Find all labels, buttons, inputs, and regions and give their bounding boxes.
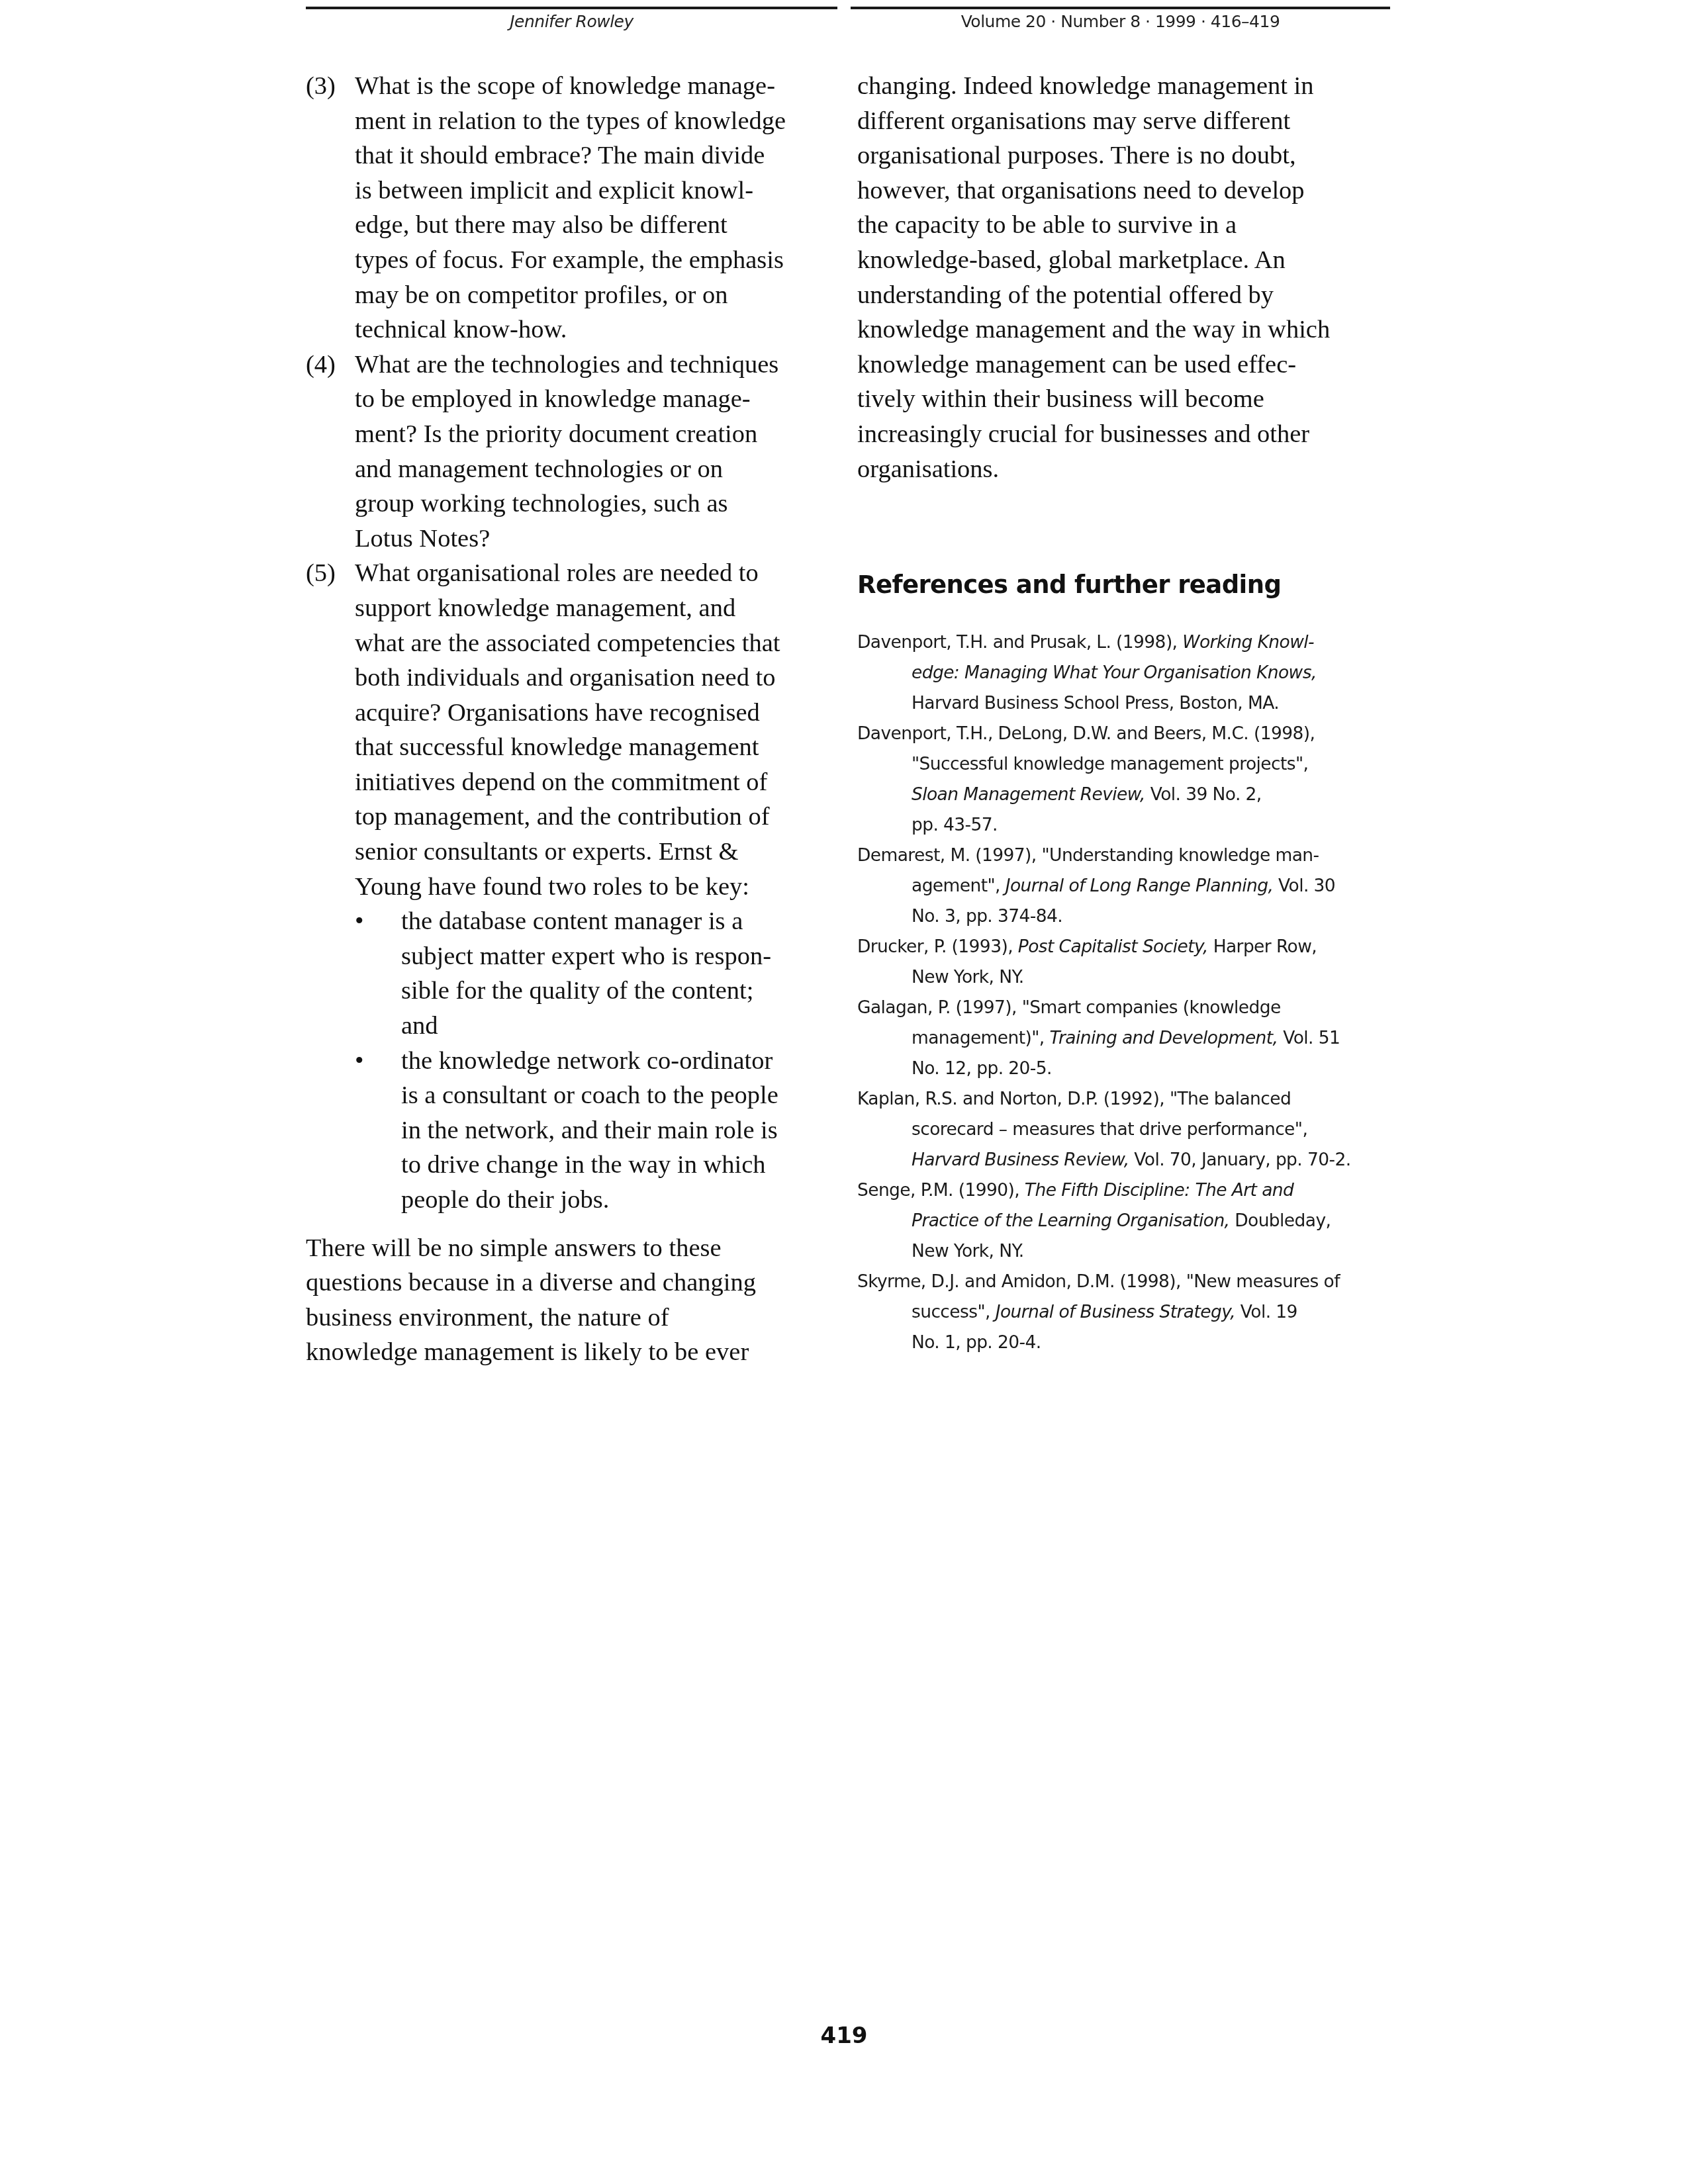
text-line: acquire? Organisations have recognised [355,696,842,731]
text-line: understanding of the potential offered b… [857,278,1400,313]
reference-text: No. 12, pp. 20-5. [912,1058,1052,1079]
reference-text: Harper Row, [1208,936,1317,957]
reference-line: edge: Managing What Your Organisation Kn… [857,658,1407,688]
text-line: There will be no simple answers to these [306,1231,842,1266]
bullet-text: the knowledge network co-ordinatoris a c… [401,1044,842,1218]
text-line: increasingly crucial for businesses and … [857,417,1400,452]
text-line: and management technologies or on [355,452,842,487]
text-line: that it should embrace? The main divide [355,138,842,173]
reference-line: Harvard Business Review, Vol. 70, Januar… [857,1145,1407,1175]
list-item-text: What organisational roles are needed tos… [355,556,842,904]
reference-text: Vol. 30 [1273,876,1335,896]
reference-text: Skyrme, D.J. and Amidon, D.M. (1998), "N… [857,1271,1340,1292]
text-line: organisations. [857,452,1400,487]
numbered-list-item: (3)What is the scope of knowledge manage… [306,69,842,347]
text-line: knowledge management and the way in whic… [857,312,1400,347]
reference-text: Doubleday, [1229,1210,1331,1231]
reference-line: Galagan, P. (1997), "Smart companies (kn… [857,993,1407,1023]
reference-text: Drucker, P. (1993), [857,936,1018,957]
text-line: what are the associated competencies tha… [355,626,842,661]
closing-paragraph: There will be no simple answers to these… [306,1231,842,1370]
reference-entry: Davenport, T.H. and Prusak, L. (1998), W… [857,627,1407,719]
text-line: organisational purposes. There is no dou… [857,138,1400,173]
left-header-rule [306,7,837,9]
reference-title-italic: Training and Development, [1050,1028,1278,1048]
reference-title-italic: Sloan Management Review, [912,784,1145,805]
text-line: may be on competitor profiles, or on [355,278,842,313]
text-line: group working technologies, such as [355,486,842,522]
reference-line: Practice of the Learning Organisation, D… [857,1206,1407,1236]
reference-text: Kaplan, R.S. and Norton, D.P. (1992), "T… [857,1089,1291,1109]
text-line: in the network, and their main role is [401,1113,842,1148]
references-list: Davenport, T.H. and Prusak, L. (1998), W… [857,627,1407,1358]
text-line: What are the technologies and techniques [355,347,842,383]
reference-line: Kaplan, R.S. and Norton, D.P. (1992), "T… [857,1084,1407,1115]
reference-text: management)", [912,1028,1050,1048]
list-item-number: (5) [306,556,336,591]
reference-text: Vol. 51 [1278,1028,1340,1048]
text-line: is between implicit and explicit knowl- [355,173,842,208]
text-line: and [401,1009,842,1044]
reference-line: New York, NY. [857,962,1407,993]
text-line: What organisational roles are needed to [355,556,842,591]
text-line: types of focus. For example, the emphasi… [355,243,842,278]
text-line: ment? Is the priority document creation [355,417,842,452]
reference-entry: Galagan, P. (1997), "Smart companies (kn… [857,993,1407,1084]
running-head-author: Jennifer Rowley [306,12,837,31]
reference-text: Vol. 19 [1235,1302,1297,1322]
reference-text: success", [912,1302,996,1322]
reference-text: Galagan, P. (1997), "Smart companies (kn… [857,997,1281,1018]
reference-title-italic: Working Knowl- [1182,632,1314,653]
reference-text: Harvard Business School Press, Boston, M… [912,693,1279,713]
reference-text: New York, NY. [912,1241,1023,1261]
reference-line: scorecard – measures that drive performa… [857,1115,1407,1145]
text-line: questions because in a diverse and chang… [306,1265,842,1300]
text-line: both individuals and organisation need t… [355,660,842,696]
right-header-rule [851,7,1390,9]
bullet-icon: • [355,904,363,939]
reference-entry: Senge, P.M. (1990), The Fifth Discipline… [857,1175,1407,1267]
text-line: support knowledge management, and [355,591,842,626]
text-line: to be employed in knowledge manage- [355,382,842,417]
page-number: 419 [0,2023,1688,2049]
text-line: Young have found two roles to be key: [355,870,842,905]
text-line: initiatives depend on the commitment of [355,765,842,800]
text-line: knowledge-based, global marketplace. An [857,243,1400,278]
reference-text: Demarest, M. (1997), "Understanding know… [857,845,1319,866]
reference-line: "Successful knowledge management project… [857,749,1407,780]
reference-line: pp. 43-57. [857,810,1407,841]
reference-text: "Successful knowledge management project… [912,754,1308,774]
reference-text: Davenport, T.H., DeLong, D.W. and Beers,… [857,723,1315,744]
reference-entry: Drucker, P. (1993), Post Capitalist Soci… [857,932,1407,993]
numbered-list-item: (4)What are the technologies and techniq… [306,347,842,557]
reference-line: Sloan Management Review, Vol. 39 No. 2, [857,780,1407,810]
reference-line: success", Journal of Business Strategy, … [857,1297,1407,1328]
reference-line: Skyrme, D.J. and Amidon, D.M. (1998), "N… [857,1267,1407,1297]
list-item-number: (4) [306,347,336,383]
text-line: tively within their business will become [857,382,1400,417]
reference-line: Davenport, T.H., DeLong, D.W. and Beers,… [857,719,1407,749]
text-line: people do their jobs. [401,1183,842,1218]
list-item-text: What is the scope of knowledge manage-me… [355,69,842,347]
text-line: that successful knowledge management [355,730,842,765]
text-line: top management, and the contribution of [355,799,842,835]
reference-text: scorecard – measures that drive performa… [912,1119,1307,1140]
reference-text: Vol. 39 No. 2, [1145,784,1262,805]
text-line: changing. Indeed knowledge management in [857,69,1400,104]
reference-line: Demarest, M. (1997), "Understanding know… [857,841,1407,871]
text-line: however, that organisations need to deve… [857,173,1400,208]
reference-line: New York, NY. [857,1236,1407,1267]
text-line: knowledge management can be used effec- [857,347,1400,383]
reference-text: No. 3, pp. 374-84. [912,906,1062,927]
text-line: business environment, the nature of [306,1300,842,1336]
text-line: the database content manager is a [401,904,842,939]
reference-entry: Skyrme, D.J. and Amidon, D.M. (1998), "N… [857,1267,1407,1358]
reference-line: Senge, P.M. (1990), The Fifth Discipline… [857,1175,1407,1206]
reference-text: New York, NY. [912,967,1023,987]
reference-line: agement", Journal of Long Range Planning… [857,871,1407,901]
bullet-list-item: •the knowledge network co-ordinatoris a … [355,1044,842,1218]
reference-entry: Demarest, M. (1997), "Understanding know… [857,841,1407,932]
text-line: edge, but there may also be different [355,208,842,243]
reference-title-italic: Harvard Business Review, [912,1150,1129,1170]
reference-title-italic: Practice of the Learning Organisation, [912,1210,1229,1231]
text-line: Lotus Notes? [355,522,842,557]
reference-title-italic: edge: Managing What Your Organisation Kn… [912,662,1317,683]
text-line: subject matter expert who is respon- [401,939,842,974]
reference-line: Davenport, T.H. and Prusak, L. (1998), W… [857,627,1407,658]
list-item-text: What are the technologies and techniques… [355,347,842,557]
text-line: sible for the quality of the content; [401,974,842,1009]
text-line: senior consultants or experts. Ernst & [355,835,842,870]
text-line: knowledge management is likely to be eve… [306,1335,842,1370]
bullet-text: the database content manager is asubject… [401,904,842,1043]
bullet-list-item: •the database content manager is asubjec… [355,904,842,1043]
text-line: different organisations may serve differ… [857,104,1400,139]
reference-line: management)", Training and Development, … [857,1023,1407,1054]
numbered-list-item: (5)What organisational roles are needed … [306,556,842,904]
reference-line: No. 12, pp. 20-5. [857,1054,1407,1084]
reference-entry: Kaplan, R.S. and Norton, D.P. (1992), "T… [857,1084,1407,1175]
paragraph-gap [306,1218,842,1231]
right-column-paragraph: changing. Indeed knowledge management in… [857,69,1400,486]
references-heading: References and further reading [857,570,1281,599]
reference-text: agement", [912,876,1006,896]
text-line: What is the scope of knowledge manage- [355,69,842,104]
reference-title-italic: Journal of Business Strategy, [996,1302,1235,1322]
text-line: technical know-how. [355,312,842,347]
text-line: the capacity to be able to survive in a [857,208,1400,243]
reference-text: Senge, P.M. (1990), [857,1180,1025,1201]
running-head-journal-info: Volume 20 · Number 8 · 1999 · 416–419 [851,12,1390,31]
list-item-number: (3) [306,69,336,104]
reference-text: No. 1, pp. 20-4. [912,1332,1041,1353]
reference-text: pp. 43-57. [912,815,998,835]
reference-title-italic: The Fifth Discipline: The Art and [1025,1180,1293,1201]
reference-line: Drucker, P. (1993), Post Capitalist Soci… [857,932,1407,962]
text-line: the knowledge network co-ordinator [401,1044,842,1079]
reference-title-italic: Post Capitalist Society, [1018,936,1208,957]
reference-entry: Davenport, T.H., DeLong, D.W. and Beers,… [857,719,1407,841]
reference-title-italic: Journal of Long Range Planning, [1006,876,1274,896]
reference-line: No. 3, pp. 374-84. [857,901,1407,932]
bullet-icon: • [355,1044,363,1079]
text-line: to drive change in the way in which [401,1148,842,1183]
reference-text: Davenport, T.H. and Prusak, L. (1998), [857,632,1182,653]
text-line: ment in relation to the types of knowled… [355,104,842,139]
reference-line: No. 1, pp. 20-4. [857,1328,1407,1358]
text-line: is a consultant or coach to the people [401,1078,842,1113]
reference-line: Harvard Business School Press, Boston, M… [857,688,1407,719]
reference-text: Vol. 70, January, pp. 70-2. [1129,1150,1350,1170]
left-column: (3)What is the scope of knowledge manage… [306,69,842,1370]
